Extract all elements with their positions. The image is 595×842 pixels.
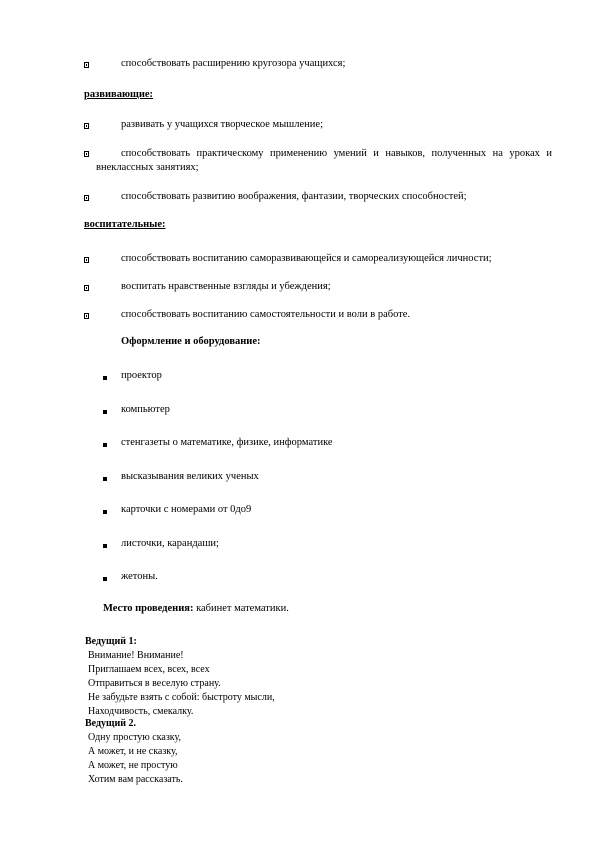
host1-label: Ведущий 1:: [85, 636, 137, 647]
square-bullet-icon: [84, 313, 89, 319]
list-item-text: способствовать практическому применению …: [96, 147, 552, 175]
host2-label: Ведущий 2.: [85, 718, 136, 729]
square-bullet-icon: [103, 410, 107, 414]
script-line: Хотим вам рассказать.: [88, 774, 183, 785]
square-bullet-icon: [103, 477, 107, 481]
square-bullet-icon: [84, 151, 89, 157]
equipment-heading: Оформление и оборудование:: [121, 336, 261, 347]
square-bullet-icon: [84, 123, 89, 129]
list-item-text: компьютер: [121, 404, 170, 415]
script-line: А может, не простую: [88, 760, 178, 771]
square-bullet-icon: [103, 443, 107, 447]
square-bullet-icon: [103, 577, 107, 581]
script-line: Приглашаем всех, всех, всех: [88, 664, 210, 675]
list-item-text: листочки, карандаши;: [121, 538, 219, 549]
script-line: Не забудьте взять с собой: быстроту мысл…: [88, 692, 275, 703]
square-bullet-icon: [103, 376, 107, 380]
developing-heading: развивающие:: [84, 89, 153, 100]
list-item-text: проектор: [121, 370, 162, 381]
goal-text: способствовать расширению кругозора учащ…: [121, 58, 345, 69]
list-item-text: жетоны.: [121, 571, 158, 582]
square-bullet-icon: [103, 544, 107, 548]
list-item-text: высказывания великих ученых: [121, 471, 259, 482]
list-item-text: способствовать воспитанию саморазвивающе…: [121, 253, 492, 264]
list-item-text: способствовать воспитанию самостоятельно…: [121, 309, 410, 320]
square-bullet-icon: [84, 62, 89, 68]
venue-value: кабинет математики.: [193, 603, 288, 614]
script-line: А может, и не сказку,: [88, 746, 178, 757]
square-bullet-icon: [84, 257, 89, 263]
list-item-text: стенгазеты о математике, физике, информа…: [121, 437, 333, 448]
list-item-text: способствовать развитию воображения, фан…: [121, 191, 467, 202]
venue-line: Место проведения: кабинет математики.: [103, 603, 289, 614]
venue-label: Место проведения:: [103, 603, 193, 614]
script-line: Внимание! Внимание!: [88, 650, 184, 661]
script-line: Находчивость, смекалку.: [88, 706, 193, 717]
educational-heading: воспитательные:: [84, 219, 166, 230]
script-line: Одну простую сказку,: [88, 732, 181, 743]
square-bullet-icon: [84, 285, 89, 291]
list-item-text: развивать у учащихся творческое мышление…: [121, 119, 323, 130]
square-bullet-icon: [103, 510, 107, 514]
list-item-text: карточки с номерами от 0до9: [121, 504, 251, 515]
list-item-text: воспитать нравственные взгляды и убежден…: [121, 281, 331, 292]
script-line: Отправиться в веселую страну.: [88, 678, 221, 689]
square-bullet-icon: [84, 195, 89, 201]
